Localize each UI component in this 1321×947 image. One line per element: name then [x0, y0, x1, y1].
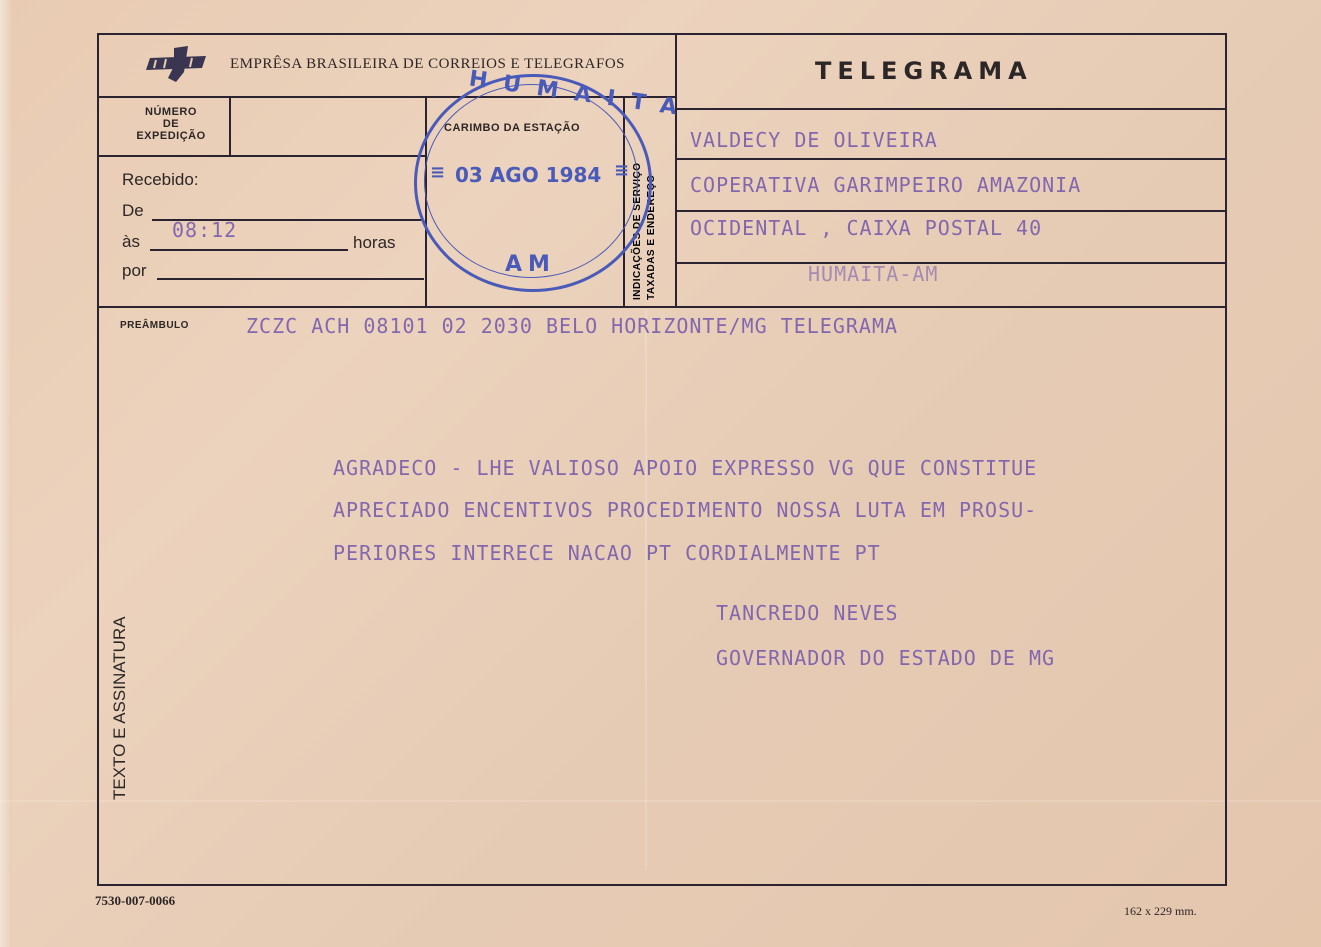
texto-assinatura-label: TEXTO E ASSINATURA	[110, 616, 130, 800]
signature-name: TANCREDO NEVES	[716, 601, 899, 625]
message-line: APRECIADO ENCENTIVOS PROCEDIMENTO NOSSA …	[333, 498, 1037, 522]
as-label: às	[122, 232, 140, 252]
stamp-state: AM	[505, 252, 556, 277]
message-line: PERIORES INTERECE NACAO PT CORDIALMENTE …	[333, 541, 881, 565]
numero-expedicao-label: NÚMERO DE EXPEDIÇÃO	[118, 106, 224, 142]
divider	[675, 210, 1227, 212]
stamp-bars-left: ≡	[430, 170, 445, 176]
label-line: EXPEDIÇÃO	[118, 130, 224, 142]
preambulo-label: PREÂMBULO	[120, 320, 189, 332]
divider	[97, 306, 1227, 308]
label-line: DE	[118, 118, 224, 130]
as-blank	[150, 249, 348, 251]
ect-logo-icon	[144, 46, 210, 86]
stamp-date: 03 AGO 1984	[455, 163, 601, 187]
paper-edge	[0, 0, 12, 947]
de-label: De	[122, 201, 144, 221]
divider	[675, 262, 1227, 264]
document-title: TELEGRAMA	[815, 57, 1033, 85]
horas-label: horas	[353, 233, 396, 253]
message-line: AGRADECO - LHE VALIOSO APOIO EXPRESSO VG…	[333, 456, 1037, 480]
divider	[675, 108, 1227, 110]
form-code: 7530-007-0066	[95, 893, 175, 909]
preamble-text: ZCZC ACH 08101 02 2030 BELO HORIZONTE/MG…	[246, 314, 898, 338]
por-blank	[157, 278, 424, 280]
received-time: 08:12	[172, 218, 237, 242]
recipient-city: HUMAITA-AM	[808, 262, 938, 286]
form-size-note: 162 x 229 mm.	[1124, 904, 1197, 919]
recipient-name: VALDECY DE OLIVEIRA	[690, 128, 938, 152]
signature-title: GOVERNADOR DO ESTADO DE MG	[716, 646, 1055, 670]
divider	[675, 33, 677, 307]
recipient-address-line: OCIDENTAL , CAIXA POSTAL 40	[690, 216, 1042, 240]
divider	[229, 96, 231, 156]
recipient-address-line: COPERATIVA GARIMPEIRO AMAZONIA	[690, 173, 1081, 197]
stamp-bars-right: ≡	[614, 160, 629, 181]
recebido-label: Recebido:	[122, 170, 199, 190]
company-name: EMPRÊSA BRASILEIRA DE CORREIOS E TELEGRA…	[230, 56, 625, 73]
por-label: por	[122, 261, 147, 281]
divider	[97, 155, 427, 157]
divider	[675, 158, 1227, 160]
label-line: NÚMERO	[118, 106, 224, 118]
